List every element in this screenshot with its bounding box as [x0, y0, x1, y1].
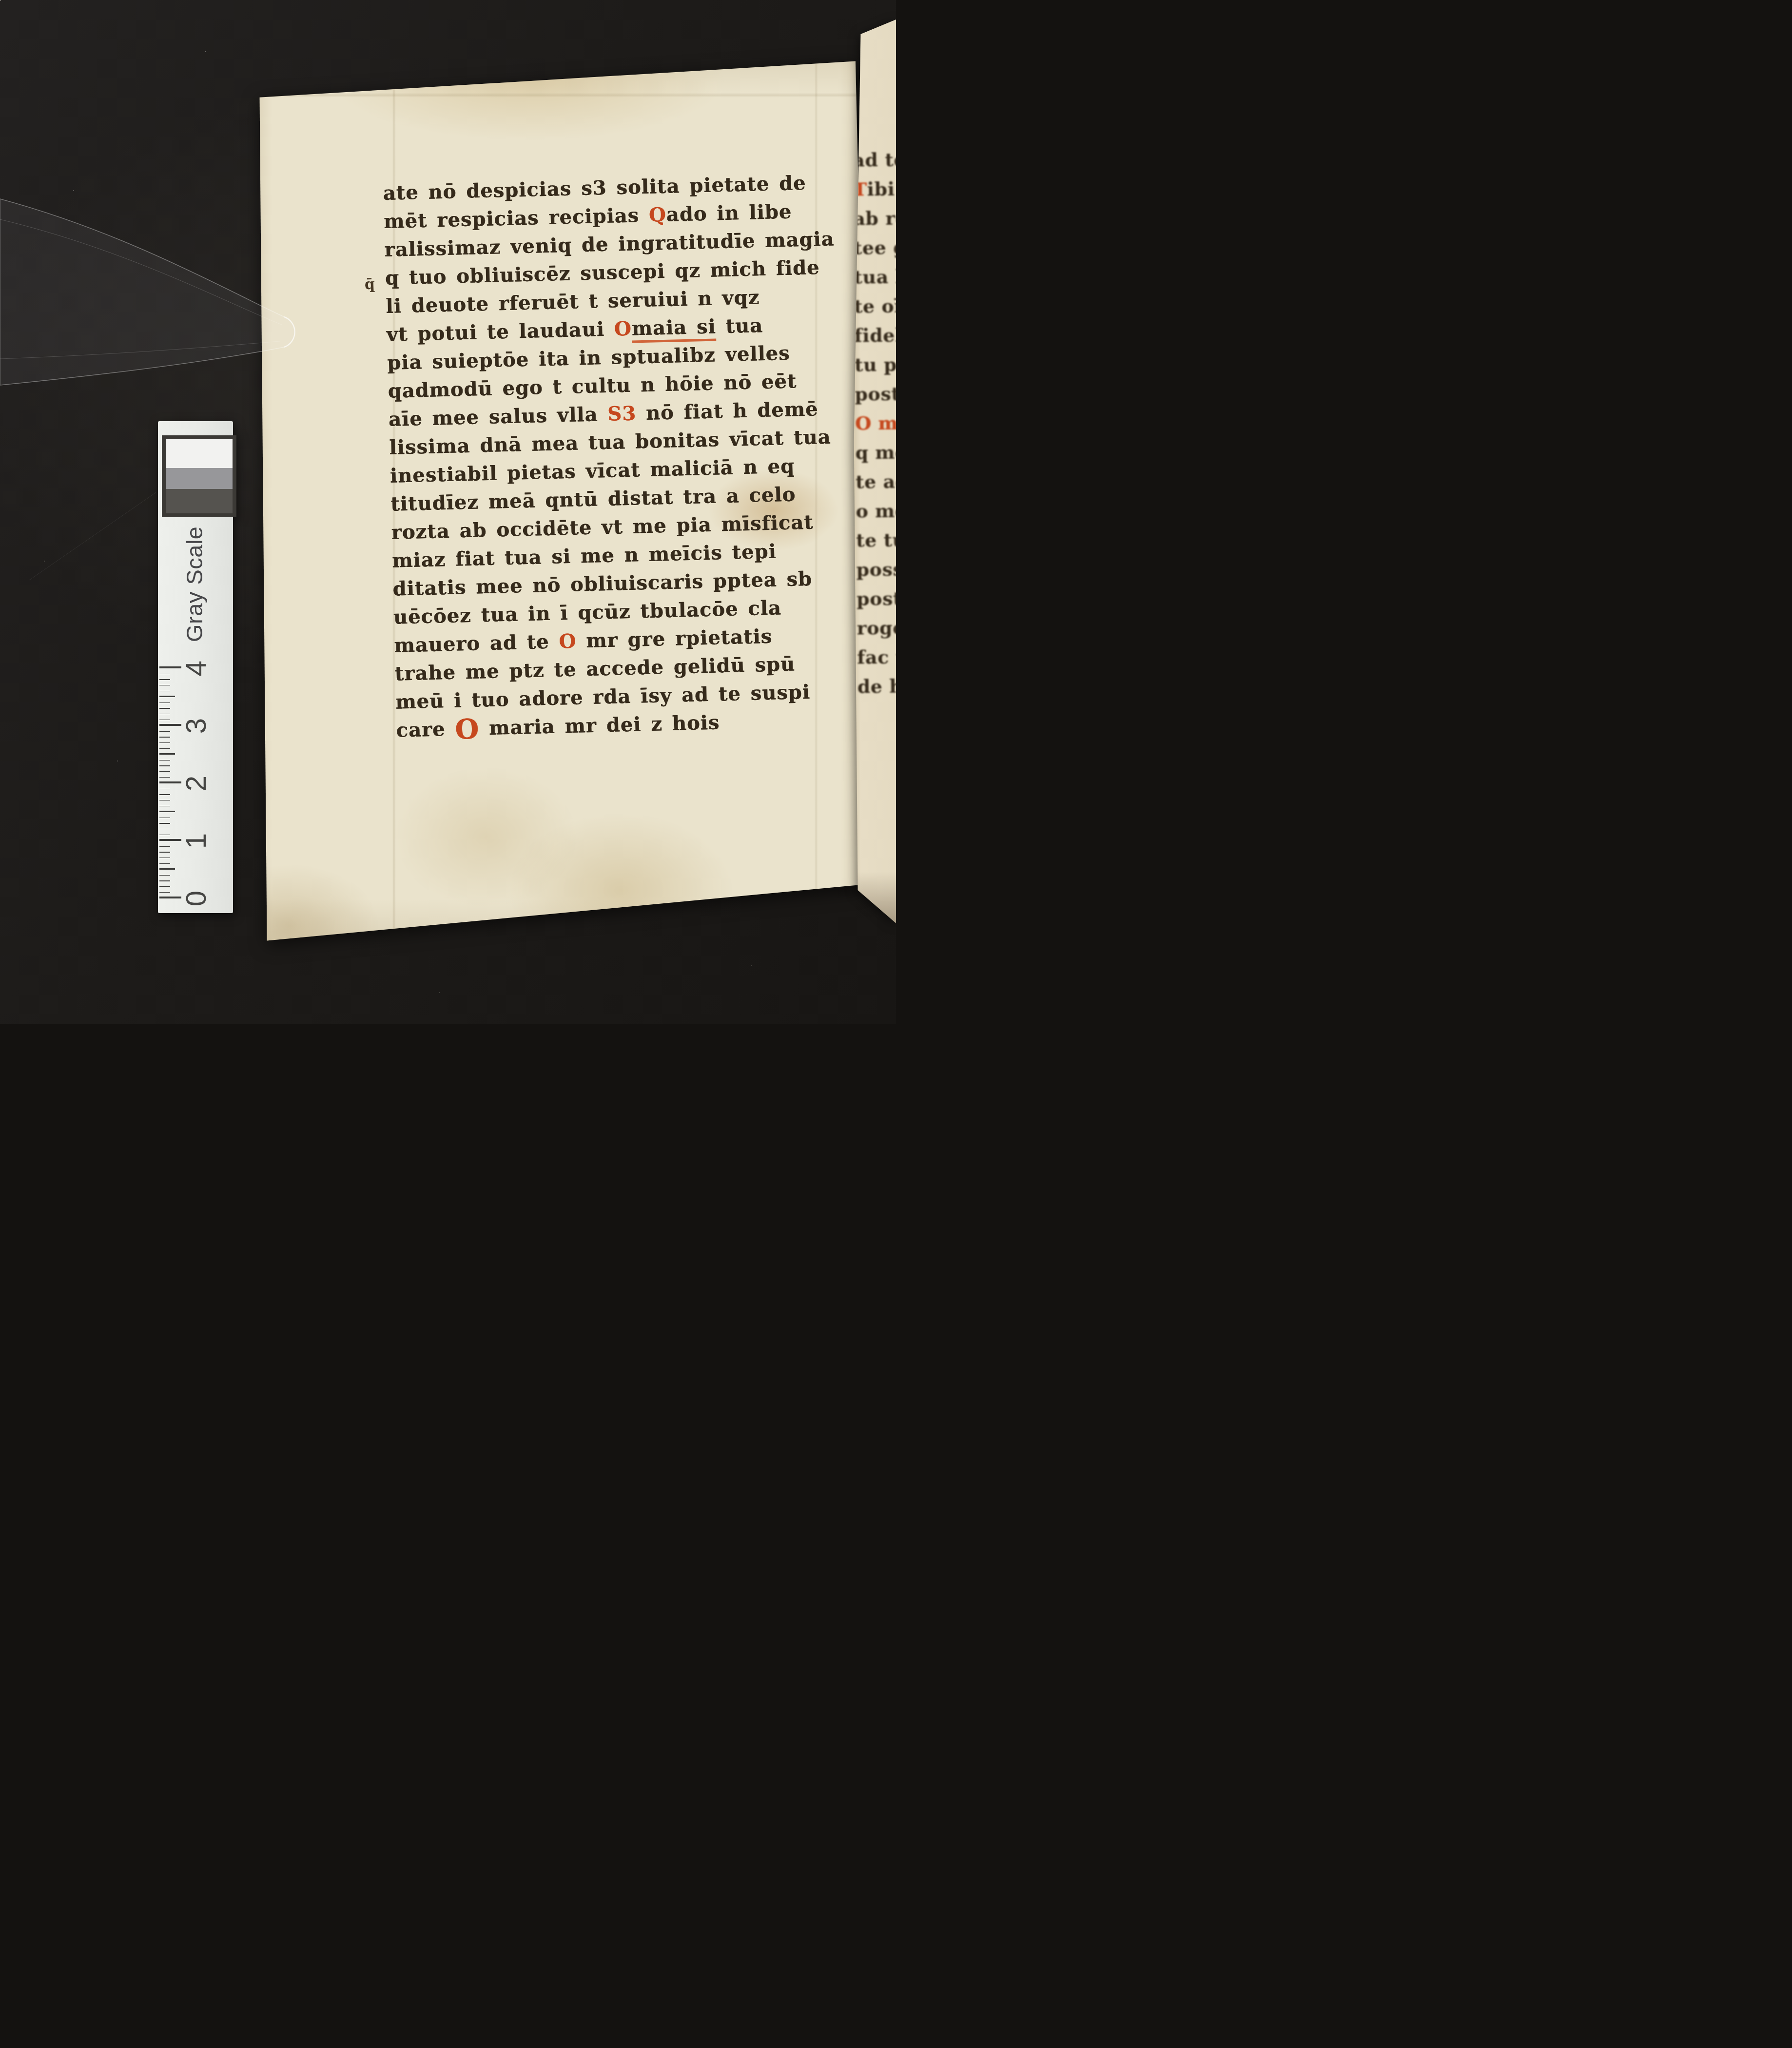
- facing-page-line: fideliorib3: [854, 320, 896, 350]
- facing-page-line: tu possu: [855, 350, 896, 379]
- rubric-text: O ma: [855, 412, 896, 434]
- text-segment: q moc: [855, 441, 896, 463]
- facing-page-line: tee gre: [854, 233, 896, 262]
- facing-page-line: rogo me: [857, 613, 896, 643]
- text-segment: te ad m: [856, 470, 896, 492]
- facing-page-wrap: ad te sulsTibi miab reuētee gretua liber…: [0, 0, 896, 1024]
- text-segment: tu possu: [855, 353, 896, 376]
- text-segment: ibi mi: [867, 177, 896, 200]
- text-segment: possu reg: [856, 558, 896, 581]
- text-segment: fideliorib3: [854, 324, 896, 347]
- text-segment: o me hal: [856, 499, 896, 522]
- text-segment: de hom: [857, 675, 896, 697]
- rubric-text: T: [853, 178, 867, 200]
- facing-page-line: postulat: [855, 379, 896, 409]
- facing-page-line: O ma: [855, 408, 896, 438]
- text-segment: ad te suls: [853, 148, 896, 171]
- facing-page-line: postulaue: [857, 584, 896, 613]
- facing-page-line: fac te d: [857, 642, 896, 672]
- text-segment: postulat: [855, 382, 896, 405]
- text-segment: tee gre: [854, 236, 896, 258]
- text-segment: te oīa tr: [854, 294, 896, 317]
- facing-page-line: de hom: [857, 671, 896, 701]
- text-segment: rogo me: [857, 616, 896, 639]
- text-segment: ab reuē: [853, 207, 896, 229]
- facing-page-line: q moc: [855, 437, 896, 467]
- text-segment: te tu ei: [856, 528, 896, 551]
- facing-page-line: Tibi mi: [853, 174, 896, 204]
- text-segment: postulaue: [857, 587, 896, 610]
- manuscript-photo-scene: 01234 Gray Scale ate nō despicias s3 sol…: [0, 0, 896, 1024]
- facing-page-line: o me hal: [856, 496, 896, 526]
- facing-page-line: ab reuē: [853, 203, 896, 233]
- facing-page-line: te ad m: [856, 467, 896, 496]
- facing-page-line: possu reg: [856, 554, 896, 584]
- text-segment: fac te d: [857, 645, 896, 668]
- facing-page-text: ad te sulsTibi miab reuētee gretua liber…: [853, 145, 896, 701]
- facing-page-line: ad te suls: [853, 145, 896, 175]
- facing-page-line: tua liber: [854, 262, 896, 292]
- facing-page-line: te oīa tr: [854, 291, 896, 321]
- facing-page-line: te tu ei: [856, 525, 896, 555]
- text-segment: tua liber: [854, 265, 896, 288]
- facing-page-edge: ad te sulsTibi miab reuētee gretua liber…: [848, 20, 896, 936]
